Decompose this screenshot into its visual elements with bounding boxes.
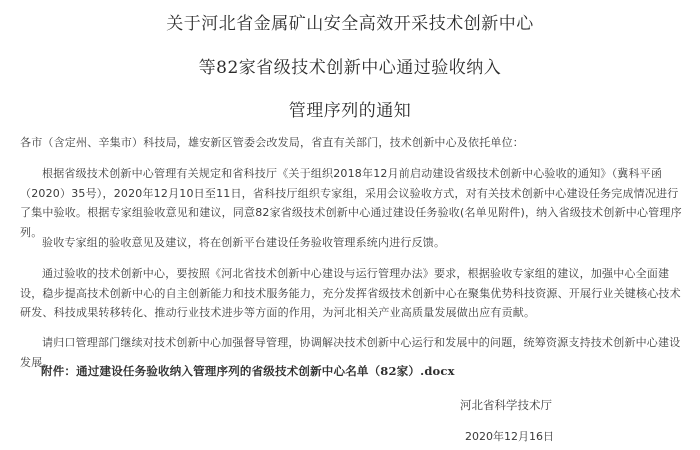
notice-title-line-3: 管理序列的通知 (0, 101, 700, 121)
attachment: 附件：通过建设任务验收纳入管理序列的省级技术创新中心名单（82家）.docx (41, 363, 455, 379)
issue-date: 2020年12月16日 (465, 428, 554, 444)
addressee: 各市（含定州、辛集市）科技局，雄安新区管委会改发局，省直有关部门，技术创新中心及… (20, 133, 682, 153)
paragraph-acceptance: 根据省级技术创新中心管理有关规定和省科技厅《关于组织2018年12月前启动建设省… (20, 164, 682, 242)
notice-title-line-1: 关于河北省金属矿山安全高效开采技术创新中心 (0, 14, 700, 34)
attachment-link[interactable]: 通过建设任务验收纳入管理序列的省级技术创新中心名单（82家）.docx (76, 364, 455, 378)
attachment-label: 附件： (41, 364, 76, 378)
paragraph-requirements: 通过验收的技术创新中心，要按照《河北省技术创新中心建设与运行管理办法》要求，根据… (20, 264, 682, 323)
paragraph-feedback: 验收专家组的验收意见及建议，将在创新平台建设任务验收管理系统内进行反馈。 (20, 233, 682, 253)
notice-title-line-2: 等82家省级技术创新中心通过验收纳入 (0, 58, 700, 78)
signature: 河北省科学技术厅 (460, 397, 552, 413)
